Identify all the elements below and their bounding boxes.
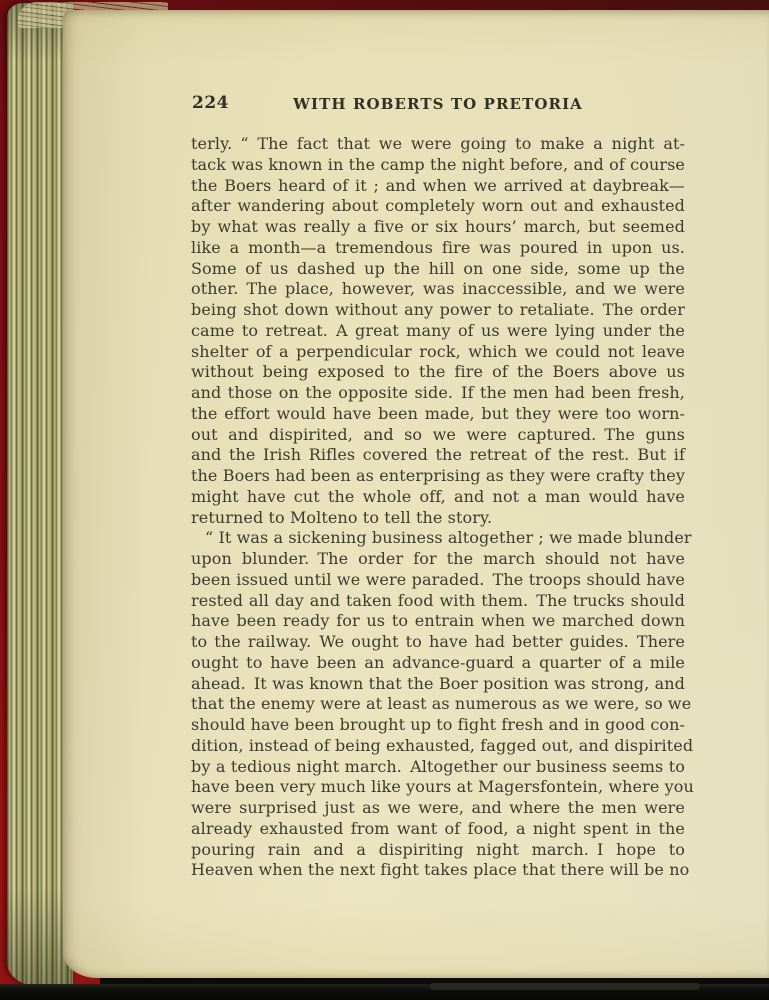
text-line: “ It was a sickening business altogether… (191, 528, 685, 549)
page-text: terly. “ The fact that we were going to … (191, 134, 685, 881)
text-line: by a tedious night march. Altogether our… (191, 757, 685, 778)
text-line: pouring rain and a dispiriting night mar… (191, 840, 685, 861)
text-line: returned to Molteno to tell the story. (191, 508, 685, 529)
table-edge-highlight (430, 983, 700, 990)
text-line: came to retreat. A great many of us were… (191, 321, 685, 342)
text-line: that the enemy were at least as numerous… (191, 694, 685, 715)
text-line: have been very much like yours at Magers… (191, 777, 685, 798)
text-line: shelter of a perpendicular rock, which w… (191, 342, 685, 363)
text-line: might have cut the whole off, and not a … (191, 487, 685, 508)
text-line: upon blunder. The order for the march sh… (191, 549, 685, 570)
page-number: 224 (192, 93, 229, 113)
text-line: Heaven when the next fight takes place t… (191, 860, 685, 881)
text-line: tack was known in the camp the night bef… (191, 155, 685, 176)
text-line: ahead. It was known that the Boer positi… (191, 674, 685, 695)
scanned-book-photo: 224 WITH ROBERTS TO PRETORIA terly. “ Th… (0, 0, 769, 1000)
text-line: after wandering about completely worn ou… (191, 196, 685, 217)
text-line: by what was really a five or six hours’ … (191, 217, 685, 238)
text-line: and those on the opposite side. If the m… (191, 383, 685, 404)
text-line: to the railway. We ought to have had bet… (191, 632, 685, 653)
text-line: the effort would have been made, but the… (191, 404, 685, 425)
text-line: have been ready for us to entrain when w… (191, 611, 685, 632)
text-line: rested all day and taken food with them.… (191, 591, 685, 612)
text-line: should have been brought up to fight fre… (191, 715, 685, 736)
book-page: 224 WITH ROBERTS TO PRETORIA terly. “ Th… (63, 10, 769, 978)
text-line: like a month—a tremendous fire was poure… (191, 238, 685, 259)
text-line: and the Irish Rifles covered the retreat… (191, 445, 685, 466)
text-line: being shot down without any power to ret… (191, 300, 685, 321)
text-line: other. The place, however, was inaccessi… (191, 279, 685, 300)
text-line: out and dispirited, and so we were captu… (191, 425, 685, 446)
running-title: WITH ROBERTS TO PRETORIA (191, 93, 685, 113)
text-line: were surprised just as we were, and wher… (191, 798, 685, 819)
text-line: terly. “ The fact that we were going to … (191, 134, 685, 155)
text-line: Some of us dashed up the hill on one sid… (191, 259, 685, 280)
text-line: the Boers heard of it ; and when we arri… (191, 176, 685, 197)
text-line: without being exposed to the fire of the… (191, 362, 685, 383)
page-header: 224 WITH ROBERTS TO PRETORIA (191, 93, 685, 113)
text-line: already exhausted from want of food, a n… (191, 819, 685, 840)
text-line: the Boers had been as enterprising as th… (191, 466, 685, 487)
text-line: ought to have been an advance-guard a qu… (191, 653, 685, 674)
text-line: been issued until we were paraded. The t… (191, 570, 685, 591)
text-line: dition, instead of being exhausted, fagg… (191, 736, 685, 757)
